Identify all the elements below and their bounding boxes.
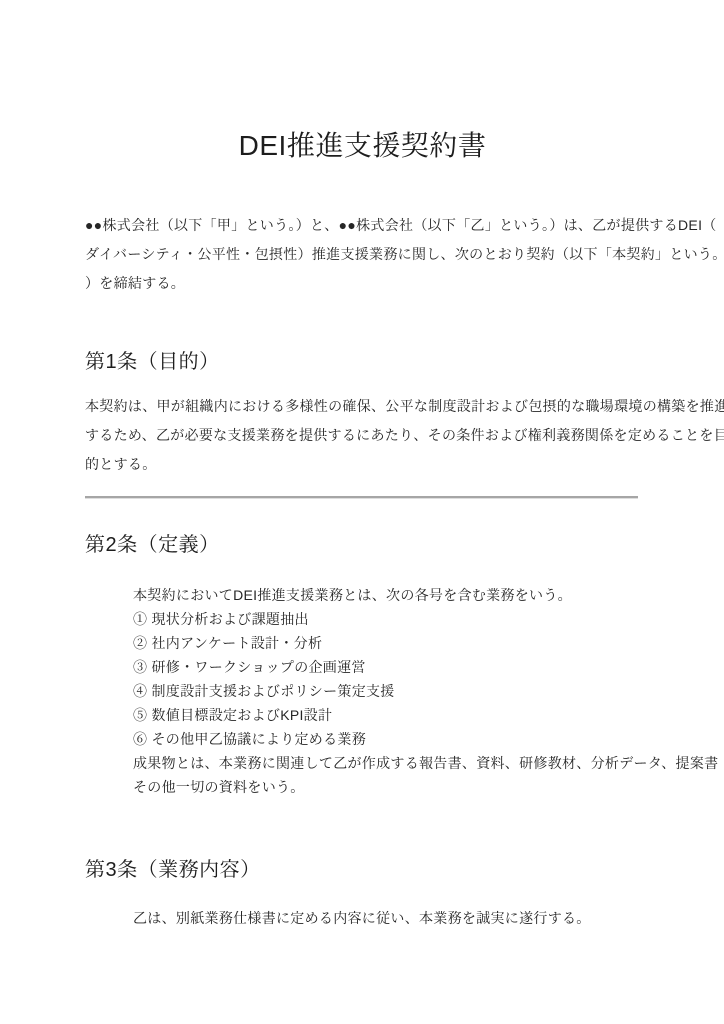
document-title: DEI推進支援契約書 bbox=[85, 123, 640, 168]
article-1-line-2: するため、乙が必要な支援業務を提供するにあたり、その条件および権利義務関係を定め… bbox=[85, 421, 640, 450]
deliverables-line-1: 成果物とは、本業務に関連して乙が作成する報告書、資料、研修教材、分析データ、提案… bbox=[133, 751, 640, 775]
article-1-line-1: 本契約は、甲が組織内における多様性の確保、公平な制度設計および包摂的な職場環境の… bbox=[85, 392, 640, 421]
definition-item-4: ④ 制度設計支援およびポリシー策定支援 bbox=[133, 679, 640, 703]
horizontal-divider bbox=[85, 496, 638, 498]
article-3-heading: 第3条（業務内容） bbox=[85, 855, 640, 885]
deliverables-line-2: その他一切の資料をいう。 bbox=[133, 775, 640, 799]
definition-item-2: ② 社内アンケート設計・分析 bbox=[133, 631, 640, 655]
preamble-line-1: ●●株式会社（以下「甲」という。）と、●●株式会社（以下「乙」という。）は、乙が… bbox=[85, 211, 640, 240]
contract-document-page: DEI推進支援契約書 ●●株式会社（以下「甲」という。）と、●●株式会社（以下「… bbox=[0, 0, 724, 1024]
preamble-paragraph: ●●株式会社（以下「甲」という。）と、●●株式会社（以下「乙」という。）は、乙が… bbox=[85, 211, 640, 298]
article-2-heading: 第2条（定義） bbox=[85, 530, 640, 560]
definition-intro-line: 本契約においてDEI推進支援業務とは、次の各号を含む業務をいう。 bbox=[133, 583, 640, 607]
article-3-line: 乙は、別紙業務仕様書に定める内容に従い、本業務を誠実に遂行する。 bbox=[133, 906, 640, 930]
definition-item-1: ① 現状分析および課題抽出 bbox=[133, 607, 640, 631]
article-1-line-3: 的とする。 bbox=[85, 450, 640, 479]
article-1-body: 本契約は、甲が組織内における多様性の確保、公平な制度設計および包摂的な職場環境の… bbox=[85, 392, 640, 479]
article-3-body: 乙は、別紙業務仕様書に定める内容に従い、本業務を誠実に遂行する。 bbox=[133, 906, 640, 930]
definition-item-5: ⑤ 数値目標設定およびKPI設計 bbox=[133, 703, 640, 727]
article-1-heading: 第1条（目的） bbox=[85, 347, 640, 377]
definition-item-3: ③ 研修・ワークショップの企画運営 bbox=[133, 655, 640, 679]
article-2-body: 本契約においてDEI推進支援業務とは、次の各号を含む業務をいう。 ① 現状分析お… bbox=[133, 583, 640, 799]
definition-item-6: ⑥ その他甲乙協議により定める業務 bbox=[133, 727, 640, 751]
preamble-line-3: ）を締結する。 bbox=[85, 269, 640, 298]
preamble-line-2: ダイバーシティ・公平性・包摂性）推進支援業務に関し、次のとおり契約（以下「本契約… bbox=[85, 240, 640, 269]
